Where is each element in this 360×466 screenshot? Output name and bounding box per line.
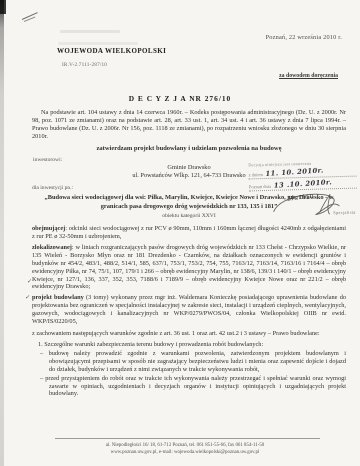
document-scan-page: Poznań, 22 września 2010 r. WOJEWODA WIE…: [0, 0, 360, 466]
scope-paragraph: obejmującej: odcinki sieci wodociągowej …: [32, 225, 346, 241]
footer: al. Niepodległości 16/ 18, 61-713 Poznań…: [30, 442, 340, 456]
legal-basis-paragraph: Na podstawie art. 104 ustawy z dnia 14 c…: [32, 109, 346, 141]
stamp-date-row: z dniem 11. 10. 2010r.: [248, 167, 356, 180]
designer-label: projekt budowlany: [32, 294, 84, 301]
footer-divider: [55, 438, 320, 439]
location-label: zlokalizowanej: [32, 244, 72, 251]
handwritten-place-date: 13 .10. 2010r.: [274, 178, 333, 190]
document-date: Poznań, 22 września 2010 r.: [266, 34, 342, 41]
scan-corner-artifact: [0, 0, 6, 14]
document-body: Na podstawie art. 104 ustawy z dnia 14 c…: [32, 109, 346, 399]
scope-label: obejmującej: [32, 225, 65, 232]
condition-bullet: – przed przystąpieniem do robót oraz w t…: [32, 375, 346, 399]
scan-smudge: [58, 42, 138, 45]
pen-checkmark: ✓: [25, 294, 31, 302]
delivery-note: za dowodem doręczenia: [279, 73, 338, 79]
reference-number: IR.V-2.7111-287/10: [62, 62, 107, 68]
signature-zone: Marian Specjalista: [249, 190, 358, 223]
investor-label: inwestorowi:: [33, 157, 62, 164]
sender-name: WOJEWODA WIELKOPOLSKI: [57, 47, 166, 55]
conditions-intro: z zachowaniem następujących warunków zgo…: [32, 330, 346, 338]
scan-smudge: [60, 30, 120, 33]
scan-edge-shadow: [0, 0, 4, 466]
designer-paragraph: projekt budowlany (3 tomy) wykonany prze…: [32, 294, 346, 326]
signer-title: Specjalista: [333, 210, 355, 216]
stamp-place-label: Poznań dnia: [249, 184, 271, 190]
approval-statement: zatwierdzam projekt budowlany i udzielam…: [32, 145, 346, 153]
finality-stamp: Decyzja niniejsza jest ostateczna z dnie…: [248, 160, 358, 223]
condition-bullet: – budowę należy prowadzić zgodnie z waru…: [32, 350, 346, 374]
footer-contact-line: www.poznan.uw.gov.pl, e-mail: wojewoda.w…: [30, 449, 340, 456]
location-text: : w liniach rozgraniczających pasów drog…: [32, 244, 346, 291]
stamp-date-label: z dniem: [248, 172, 263, 177]
decision-title: D E C Y Z J A NR 276/10: [0, 94, 360, 103]
handwritten-date: 11. 10. 2010r.: [266, 166, 325, 178]
pen-checkmark: ✓: [27, 278, 32, 285]
scope-text: : odcinki sieci wodociągowej z rur PCV ø…: [32, 225, 346, 240]
footer-address-line: al. Niepodległości 16/ 18, 61-713 Poznań…: [30, 442, 340, 449]
condition-item-title: 1. Szczególne warunki zabezpieczenia ter…: [32, 341, 346, 349]
location-paragraph: zlokalizowanej: w liniach rozgraniczając…: [32, 244, 346, 292]
